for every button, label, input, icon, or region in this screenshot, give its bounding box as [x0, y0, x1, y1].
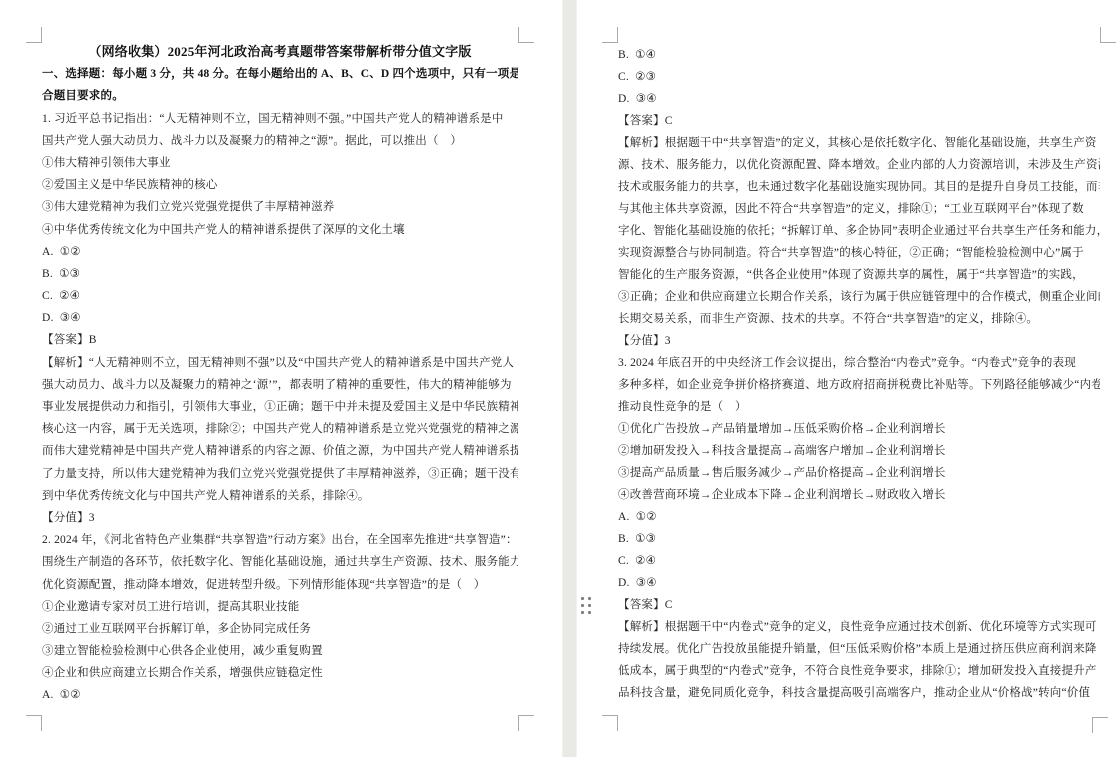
text-line: ③建立智能检验检测中心供各企业使用，减少重复购置 — [42, 640, 518, 662]
text-line: D. ③④ — [618, 88, 1100, 110]
text-line: 实现资源整合与协同制造。符合“共享智造”的核心特征，②正确；“智能检验检测中心”… — [618, 242, 1100, 264]
text-line: ③伟大建党精神为我们立党兴党强党提供了丰厚精神滋养 — [42, 196, 518, 218]
text-line: C. ②④ — [618, 550, 1100, 572]
page-2-text: B. ①④C. ②③D. ③④【答案】C【解析】根据题干中“共享智造”的定义，其… — [618, 44, 1100, 704]
text-line: ④企业和供应商建立长期合作关系，增强供应链稳定性 — [42, 662, 518, 684]
text-line: 【解析】“人无精神则不立，国无精神则不强”以及“中国共产党人的精神谱系是中国共产… — [42, 352, 518, 374]
text-line: 智能化的生产服务资源，“供各企业使用”体现了资源共享的属性，属于“共享智造”的实… — [618, 264, 1100, 286]
margin-crop-mark — [518, 27, 534, 43]
margin-crop-mark — [602, 27, 618, 43]
text-line: 国共产党人强大动员力、战斗力以及凝聚力的精神之“源”。据此，可以推出（ ） — [42, 130, 518, 152]
text-line: B. ①④ — [618, 44, 1100, 66]
margin-crop-mark — [26, 715, 42, 731]
text-line: 【解析】根据题干中“内卷式”竞争的定义，良性竞争应通过技术创新、优化环境等方式实… — [618, 616, 1100, 638]
text-line: C. ②④ — [42, 285, 518, 307]
text-line: 合题目要求的。 — [42, 85, 518, 107]
text-line: 优化资源配置，推动降本增效，促进转型升级。下列情形能体现“共享智造”的是（ ） — [42, 574, 518, 596]
text-line: A. ①② — [618, 506, 1100, 528]
page-2: B. ①④C. ②③D. ③④【答案】C【解析】根据题干中“共享智造”的定义，其… — [577, 0, 1120, 757]
text-line: ①优化广告投放→产品销量增加→压低采购价格→企业利润增长 — [618, 418, 1100, 440]
text-line: 长期交易关系，而非生产资源、技术的共享。不符合“共享智造”的定义，排除④。 — [618, 308, 1100, 330]
page-1-text: （网络收集）2025年河北政治高考真题带答案带解析带分值文字版一、选择题：每小题… — [42, 41, 518, 707]
text-line: 【答案】C — [618, 594, 1100, 616]
text-line: ②通过工业互联网平台拆解订单，多企协同完成任务 — [42, 618, 518, 640]
text-line: 2. 2024 年，《河北省特色产业集群“共享智造”行动方案》出台，在全国率先推… — [42, 529, 518, 551]
text-line: 品科技含量，避免同质化竞争，科技含量提高吸引高端客户，推动企业从“价格战”转向“… — [618, 682, 1100, 704]
text-line: ①企业邀请专家对员工进行培训，提高其职业技能 — [42, 596, 518, 618]
text-line: 到中华优秀传统文化与中国共产党人精神谱系的关系，排除④。 — [42, 485, 518, 507]
text-line: ③正确；企业和供应商建立长期合作关系，该行为属于供应链管理中的合作模式，侧重企业… — [618, 286, 1100, 308]
page-gap — [562, 0, 577, 757]
text-line: B. ①③ — [42, 263, 518, 285]
drag-handle-icon[interactable] — [581, 597, 594, 617]
text-line: 【分值】3 — [618, 330, 1100, 352]
margin-crop-mark — [602, 715, 618, 731]
text-line: D. ③④ — [618, 572, 1100, 594]
margin-crop-mark — [1100, 27, 1116, 43]
page-1: （网络收集）2025年河北政治高考真题带答案带解析带分值文字版一、选择题：每小题… — [0, 0, 562, 757]
text-line: C. ②③ — [618, 66, 1100, 88]
text-line: 事业发展提供动力和指引，引领伟大事业，①正确；题干中并未提及爱国主义是中华民族精… — [42, 396, 518, 418]
margin-crop-mark — [518, 715, 534, 731]
text-line: ④改善营商环境→企业成本下降→企业利润增长→财政收入增长 — [618, 484, 1100, 506]
text-line: 一、选择题：每小题 3 分，共 48 分。在每小题给出的 A、B、C、D 四个选… — [42, 63, 518, 85]
text-line: 【答案】C — [618, 110, 1100, 132]
text-line: 低成本，属于典型的“内卷式”竞争，不符合良性竞争要求，排除①；增加研发投入直接提… — [618, 660, 1100, 682]
text-line: A. ①② — [42, 684, 518, 706]
text-line: ②爱国主义是中华民族精神的核心 — [42, 174, 518, 196]
text-line: 了力量支持，所以伟大建党精神为我们立党兴党强党提供了丰厚精神滋养，③正确；题干没… — [42, 463, 518, 485]
margin-crop-mark — [26, 27, 42, 43]
text-line: 与其他主体共享资源，因此不符合“共享智造”的定义，排除①；“工业互联网平台”体现… — [618, 198, 1100, 220]
text-line: ④中华优秀传统文化为中国共产党人的精神谱系提供了深厚的文化土壤 — [42, 219, 518, 241]
text-line: D. ③④ — [42, 307, 518, 329]
text-line: ②增加研发投入→科技含量提高→高端客户增加→企业利润增长 — [618, 440, 1100, 462]
text-line: 【解析】根据题干中“共享智造”的定义，其核心是依托数字化、智能化基础设施，共享生… — [618, 132, 1100, 154]
text-line: （网络收集）2025年河北政治高考真题带答案带解析带分值文字版 — [42, 41, 518, 63]
document-viewer: （网络收集）2025年河北政治高考真题带答案带解析带分值文字版一、选择题：每小题… — [0, 0, 1120, 757]
text-line: 核心这一内容，属于无关选项，排除②；中国共产党人的精神谱系是立党兴党强党的精神之… — [42, 418, 518, 440]
text-line: 强大动员力、战斗力以及凝聚力的精神之‘源’”，都表明了精神的重要性，伟大的精神能… — [42, 374, 518, 396]
text-line: 持续发展。优化广告投放虽能提升销量，但“压低采购价格”本质上是通过挤压供应商利润… — [618, 638, 1100, 660]
text-line: ①伟大精神引领伟大事业 — [42, 152, 518, 174]
text-line: B. ①③ — [618, 528, 1100, 550]
text-line: 3. 2024 年底召开的中央经济工作会议提出，综合整治“内卷式”竞争。“内卷式… — [618, 352, 1100, 374]
text-line: 【答案】B — [42, 329, 518, 351]
text-line: 推动良性竞争的是（ ） — [618, 396, 1100, 418]
margin-crop-mark — [1092, 717, 1108, 733]
text-line: 字化、智能化基础设施的依托；“拆解订单、多企协同”表明企业通过平台共享生产任务和… — [618, 220, 1100, 242]
text-line: ③提高产品质量→售后服务减少→产品价格提高→企业利润增长 — [618, 462, 1100, 484]
text-line: 围绕生产制造的各环节，依托数字化、智能化基础设施，通过共享生产资源、技术、服务能… — [42, 551, 518, 573]
text-line: 多种多样，如企业竞争拼价格挤赛道、地方政府招商拼税费比补贴等。下列路径能够减少“… — [618, 374, 1100, 396]
text-line: 技术或服务能力的共享，也未通过数字化基础设施实现协同。其目的是提升自身员工技能，… — [618, 176, 1100, 198]
text-line: A. ①② — [42, 241, 518, 263]
text-line: 【分值】3 — [42, 507, 518, 529]
text-line: 而伟大建党精神是中国共产党人精神谱系的内容之源、价值之源，为中国共产党人精神谱系… — [42, 440, 518, 462]
text-line: 源、技术、服务能力，以优化资源配置、降本增效。企业内部的人力资源培训，未涉及生产… — [618, 154, 1100, 176]
text-line: 1. 习近平总书记指出：“人无精神则不立，国无精神则不强。”中国共产党人的精神谱… — [42, 108, 518, 130]
